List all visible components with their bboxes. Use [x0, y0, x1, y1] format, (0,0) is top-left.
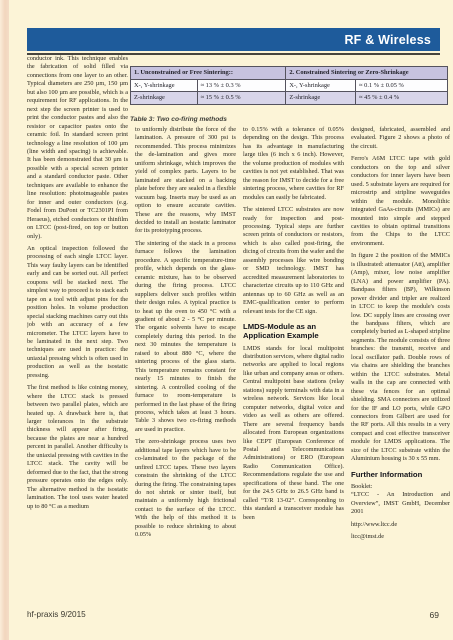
article-paragraph: to 0.15% with a tolerance of 0.05% depen… — [243, 126, 344, 202]
page-edge-strip — [0, 0, 9, 640]
cofiring-methods-table: 1. Unconstrained or Free Sintering:: 2. … — [130, 66, 448, 105]
table-caption: Table 3: Two co-firing methods — [130, 116, 380, 123]
article-paragraph: designed, fabricated, assembled and eval… — [351, 126, 450, 151]
section-header-bar: RF & Wireless — [27, 28, 440, 51]
website-url: http://www.ltcc.de — [351, 521, 450, 529]
table-cell-param: Z-shrinkage — [286, 92, 356, 105]
article-paragraph: In figure 2 the position of the MMICs is… — [351, 252, 450, 463]
section-heading-further-information: Further Information — [351, 470, 450, 479]
article-paragraph: Ferro's A6M LTCC tape with gold conducto… — [351, 155, 450, 248]
article-paragraph: The zero-shrinkage process uses two addi… — [135, 438, 236, 539]
table-header-row: 1. Unconstrained or Free Sintering:: 2. … — [131, 67, 448, 80]
table-cell-value: ≈ 0.1 % ± 0.05 % — [356, 79, 448, 92]
article-column-4: designed, fabricated, assembled and eval… — [351, 126, 450, 612]
section-title: RF & Wireless — [344, 33, 431, 47]
table-row: Z-shrinkage ≈ 15 % ± 0.5 % Z-shrinkage ≈… — [131, 92, 448, 105]
page-number: 69 — [430, 610, 439, 620]
article-column-2: to uniformly distribute the force of the… — [135, 126, 236, 612]
email-address: ltcc@imst.de — [351, 533, 450, 541]
table-row: X-, Y-shrinkage ≈ 13 % ± 0.3 % X-, Y-shr… — [131, 79, 448, 92]
table-cell-param: Z-shrinkage — [131, 92, 198, 105]
article-paragraph: to uniformly distribute the force of the… — [135, 126, 236, 236]
article-paragraph: The first method is like coining money, … — [27, 384, 128, 511]
journal-issue-label: hf-praxis 9/2015 — [27, 610, 86, 619]
booklet-reference: “LTCC - An Introduction and Overview”, I… — [351, 491, 450, 516]
table-cell-value: ≈ 45 % ± 0.4 % — [356, 92, 448, 105]
table-group-header-constrained-sintering: 2. Constrained Sintering or Zero-Shrinka… — [286, 67, 448, 80]
table-cell-param: X-, Y-shrinkage — [131, 79, 198, 92]
article-paragraph: An optical inspection followed the proce… — [27, 245, 128, 380]
article-paragraph: The sintering of the stack in a process … — [135, 240, 236, 434]
article-column-3: to 0.15% with a tolerance of 0.05% depen… — [243, 126, 344, 612]
table-cell-param: X-, Y-shrinkage — [286, 79, 356, 92]
section-heading-lmds-module: LMDS-Module as an Application Example — [243, 322, 344, 341]
table-cell-value: ≈ 13 % ± 0.3 % — [197, 79, 286, 92]
article-paragraph: LMDS stands for local multipoint distrib… — [243, 345, 344, 523]
magazine-page: RF & Wireless 1. Unconstrained or Free S… — [0, 0, 453, 640]
table-group-header-free-sintering: 1. Unconstrained or Free Sintering:: — [131, 67, 286, 80]
article-paragraph: The sintered LTCC substrates are now rea… — [243, 206, 344, 316]
table-cell-value: ≈ 15 % ± 0.5 % — [197, 92, 286, 105]
article-paragraph: conductor ink. This technique enables th… — [27, 55, 128, 241]
booklet-label: Booklet: — [351, 483, 450, 491]
article-column-1: conductor ink. This technique enables th… — [27, 55, 128, 612]
